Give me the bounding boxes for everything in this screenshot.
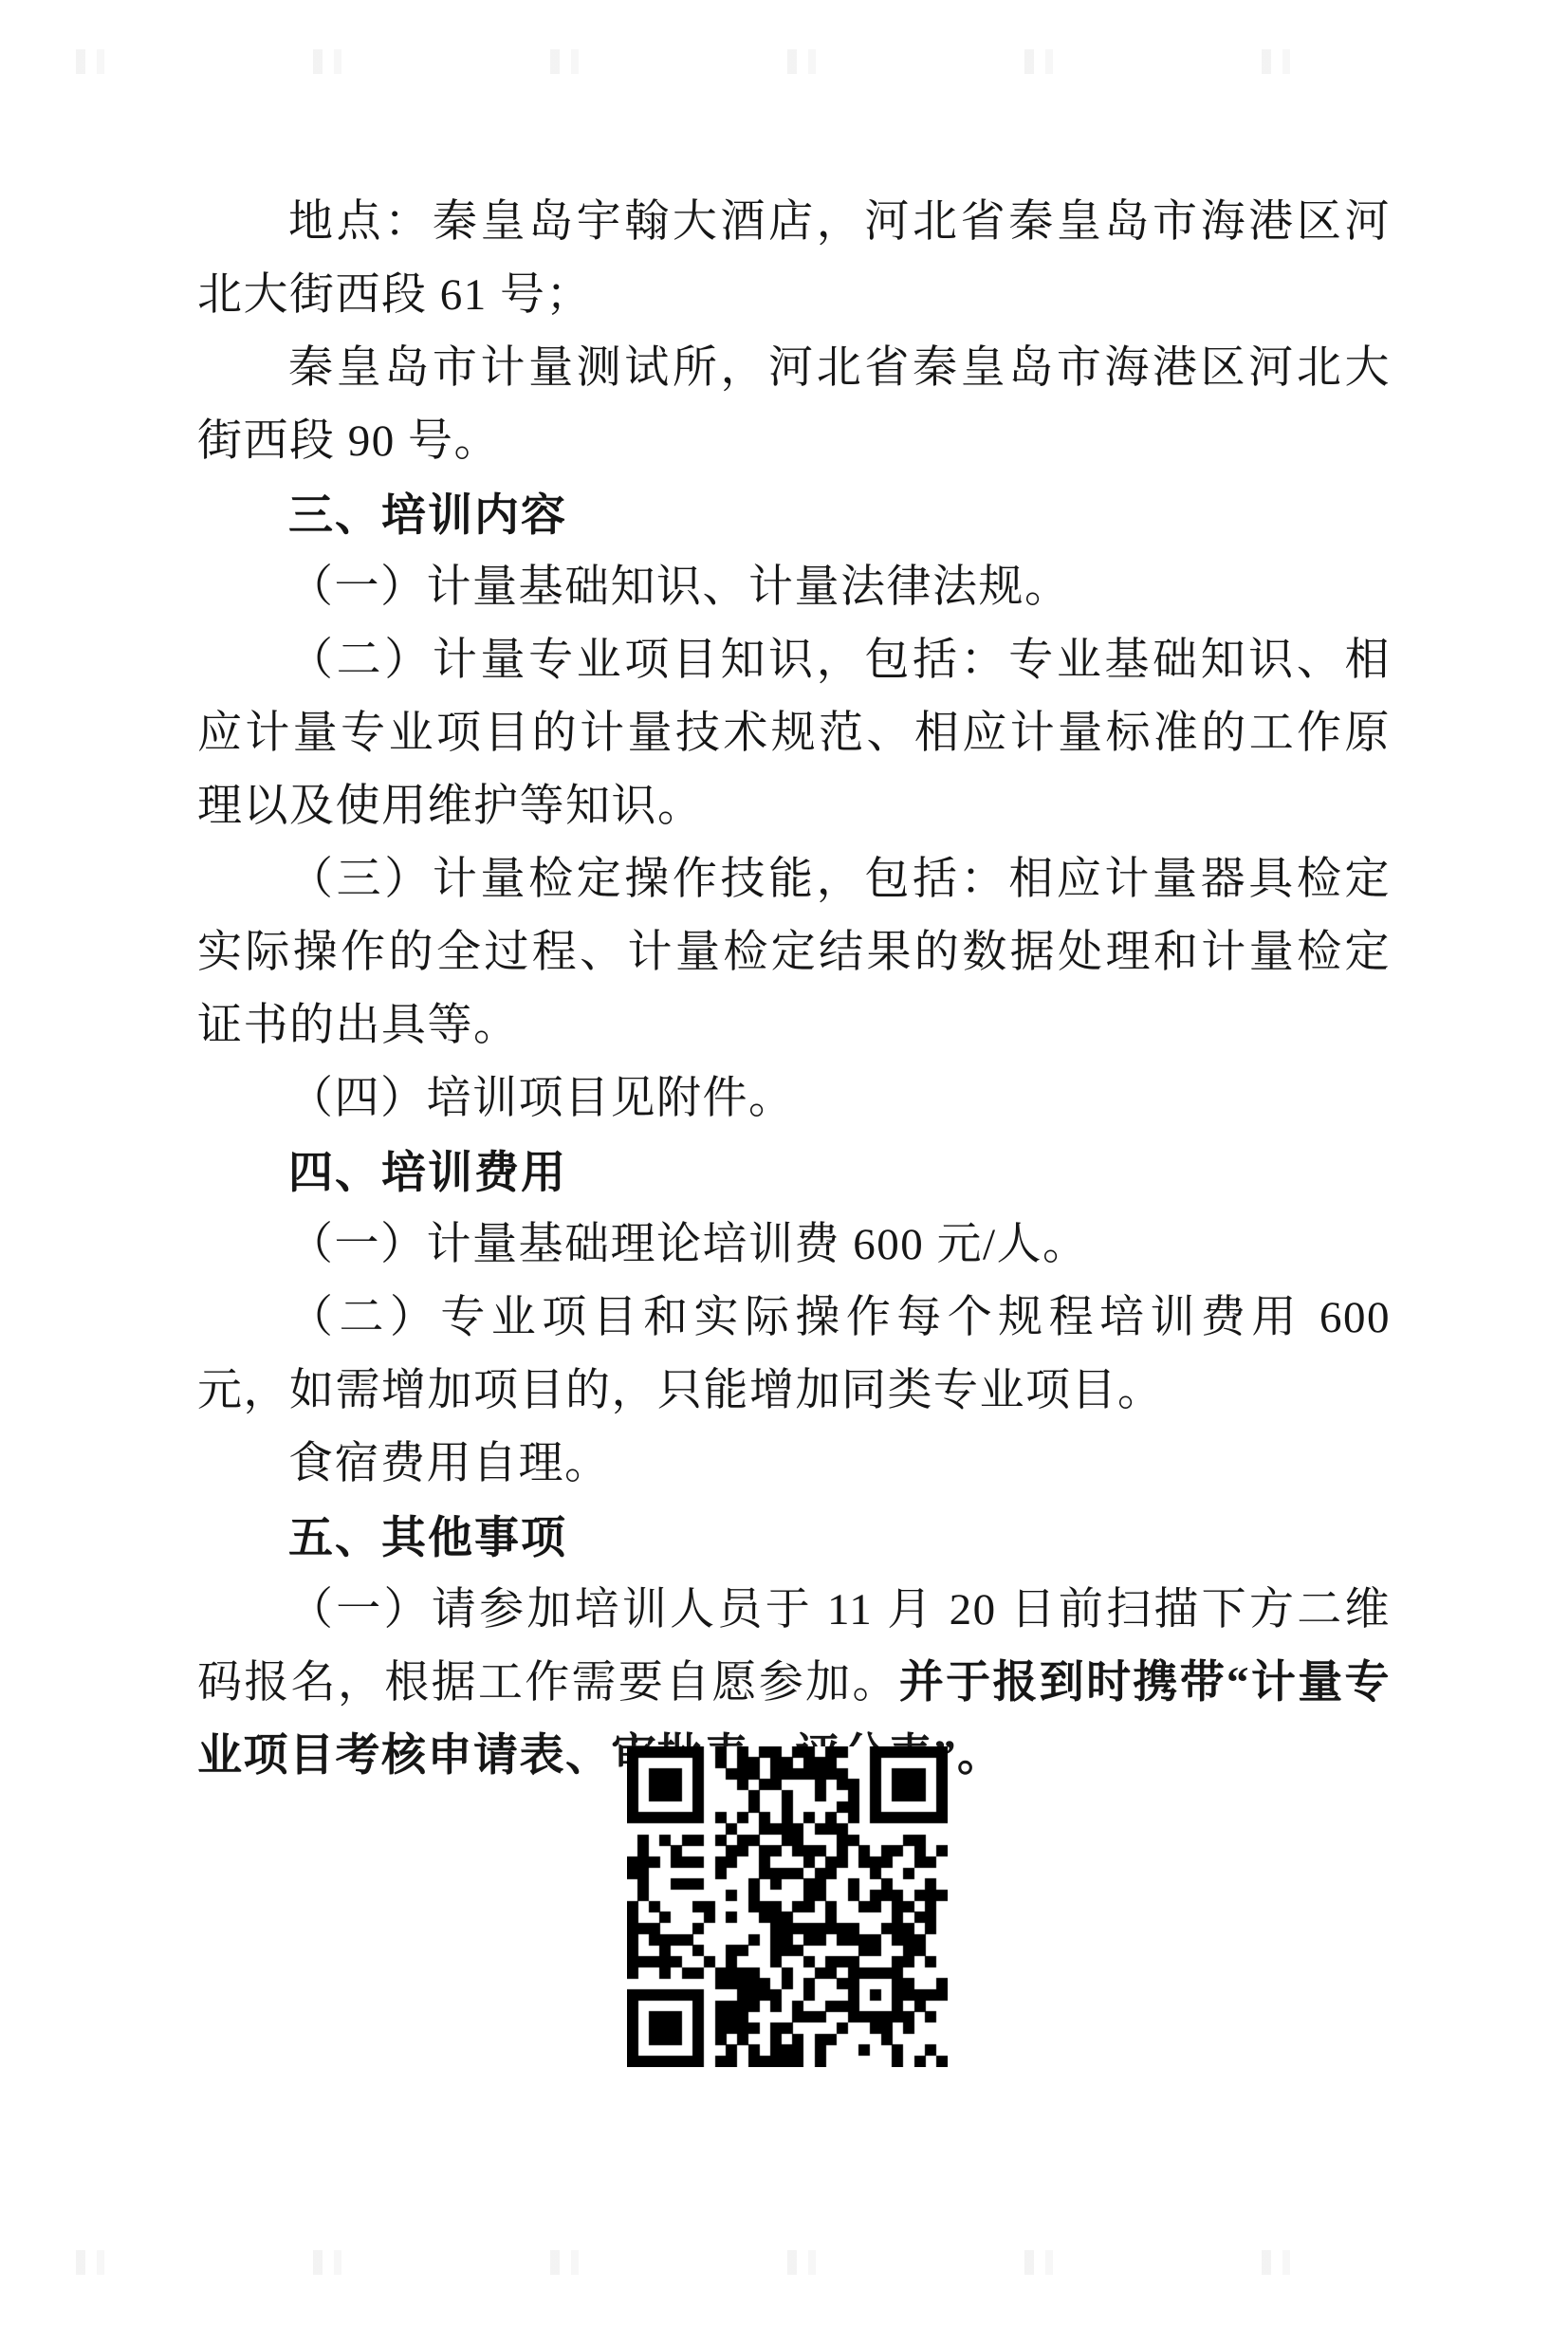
section-heading-other-matters: 五、其他事项 (197, 1501, 1391, 1574)
qr-code (627, 1746, 948, 2067)
scan-artifact (76, 2250, 1492, 2275)
section-heading-training-fees: 四、培训费用 (197, 1136, 1391, 1209)
scan-artifact (76, 49, 1492, 74)
paragraph-content-item-2: （二）计量专业项目知识，包括：专业基础知识、相应计量专业项目的计量技术规范、相应… (197, 624, 1391, 843)
paragraph-content-item-3: （三）计量检定操作技能，包括：相应计量器具检定实际操作的全过程、计量检定结果的数… (197, 843, 1391, 1062)
section-heading-training-content: 三、培训内容 (197, 478, 1391, 551)
paragraph-location-hotel: 地点：秦皇岛宇翰大酒店，河北省秦皇岛市海港区河北大街西段 61 号； (197, 186, 1391, 332)
document-body: 地点：秦皇岛宇翰大酒店，河北省秦皇岛市海港区河北大街西段 61 号； 秦皇岛市计… (197, 186, 1391, 1793)
paragraph-fee-item-2: （二）专业项目和实际操作每个规程培训费用 600 元，如需增加项目的，只能增加同… (197, 1282, 1391, 1428)
paragraph-fee-note: 食宿费用自理。 (197, 1428, 1391, 1501)
paragraph-content-item-4: （四）培训项目见附件。 (197, 1062, 1391, 1136)
document-page: 地点：秦皇岛宇翰大酒店，河北省秦皇岛市海港区河北大街西段 61 号； 秦皇岛市计… (0, 0, 1568, 2327)
paragraph-content-item-1: （一）计量基础知识、计量法律法规。 (197, 551, 1391, 624)
paragraph-fee-item-1: （一）计量基础理论培训费 600 元/人。 (197, 1209, 1391, 1282)
paragraph-location-institute: 秦皇岛市计量测试所，河北省秦皇岛市海港区河北大街西段 90 号。 (197, 332, 1391, 478)
